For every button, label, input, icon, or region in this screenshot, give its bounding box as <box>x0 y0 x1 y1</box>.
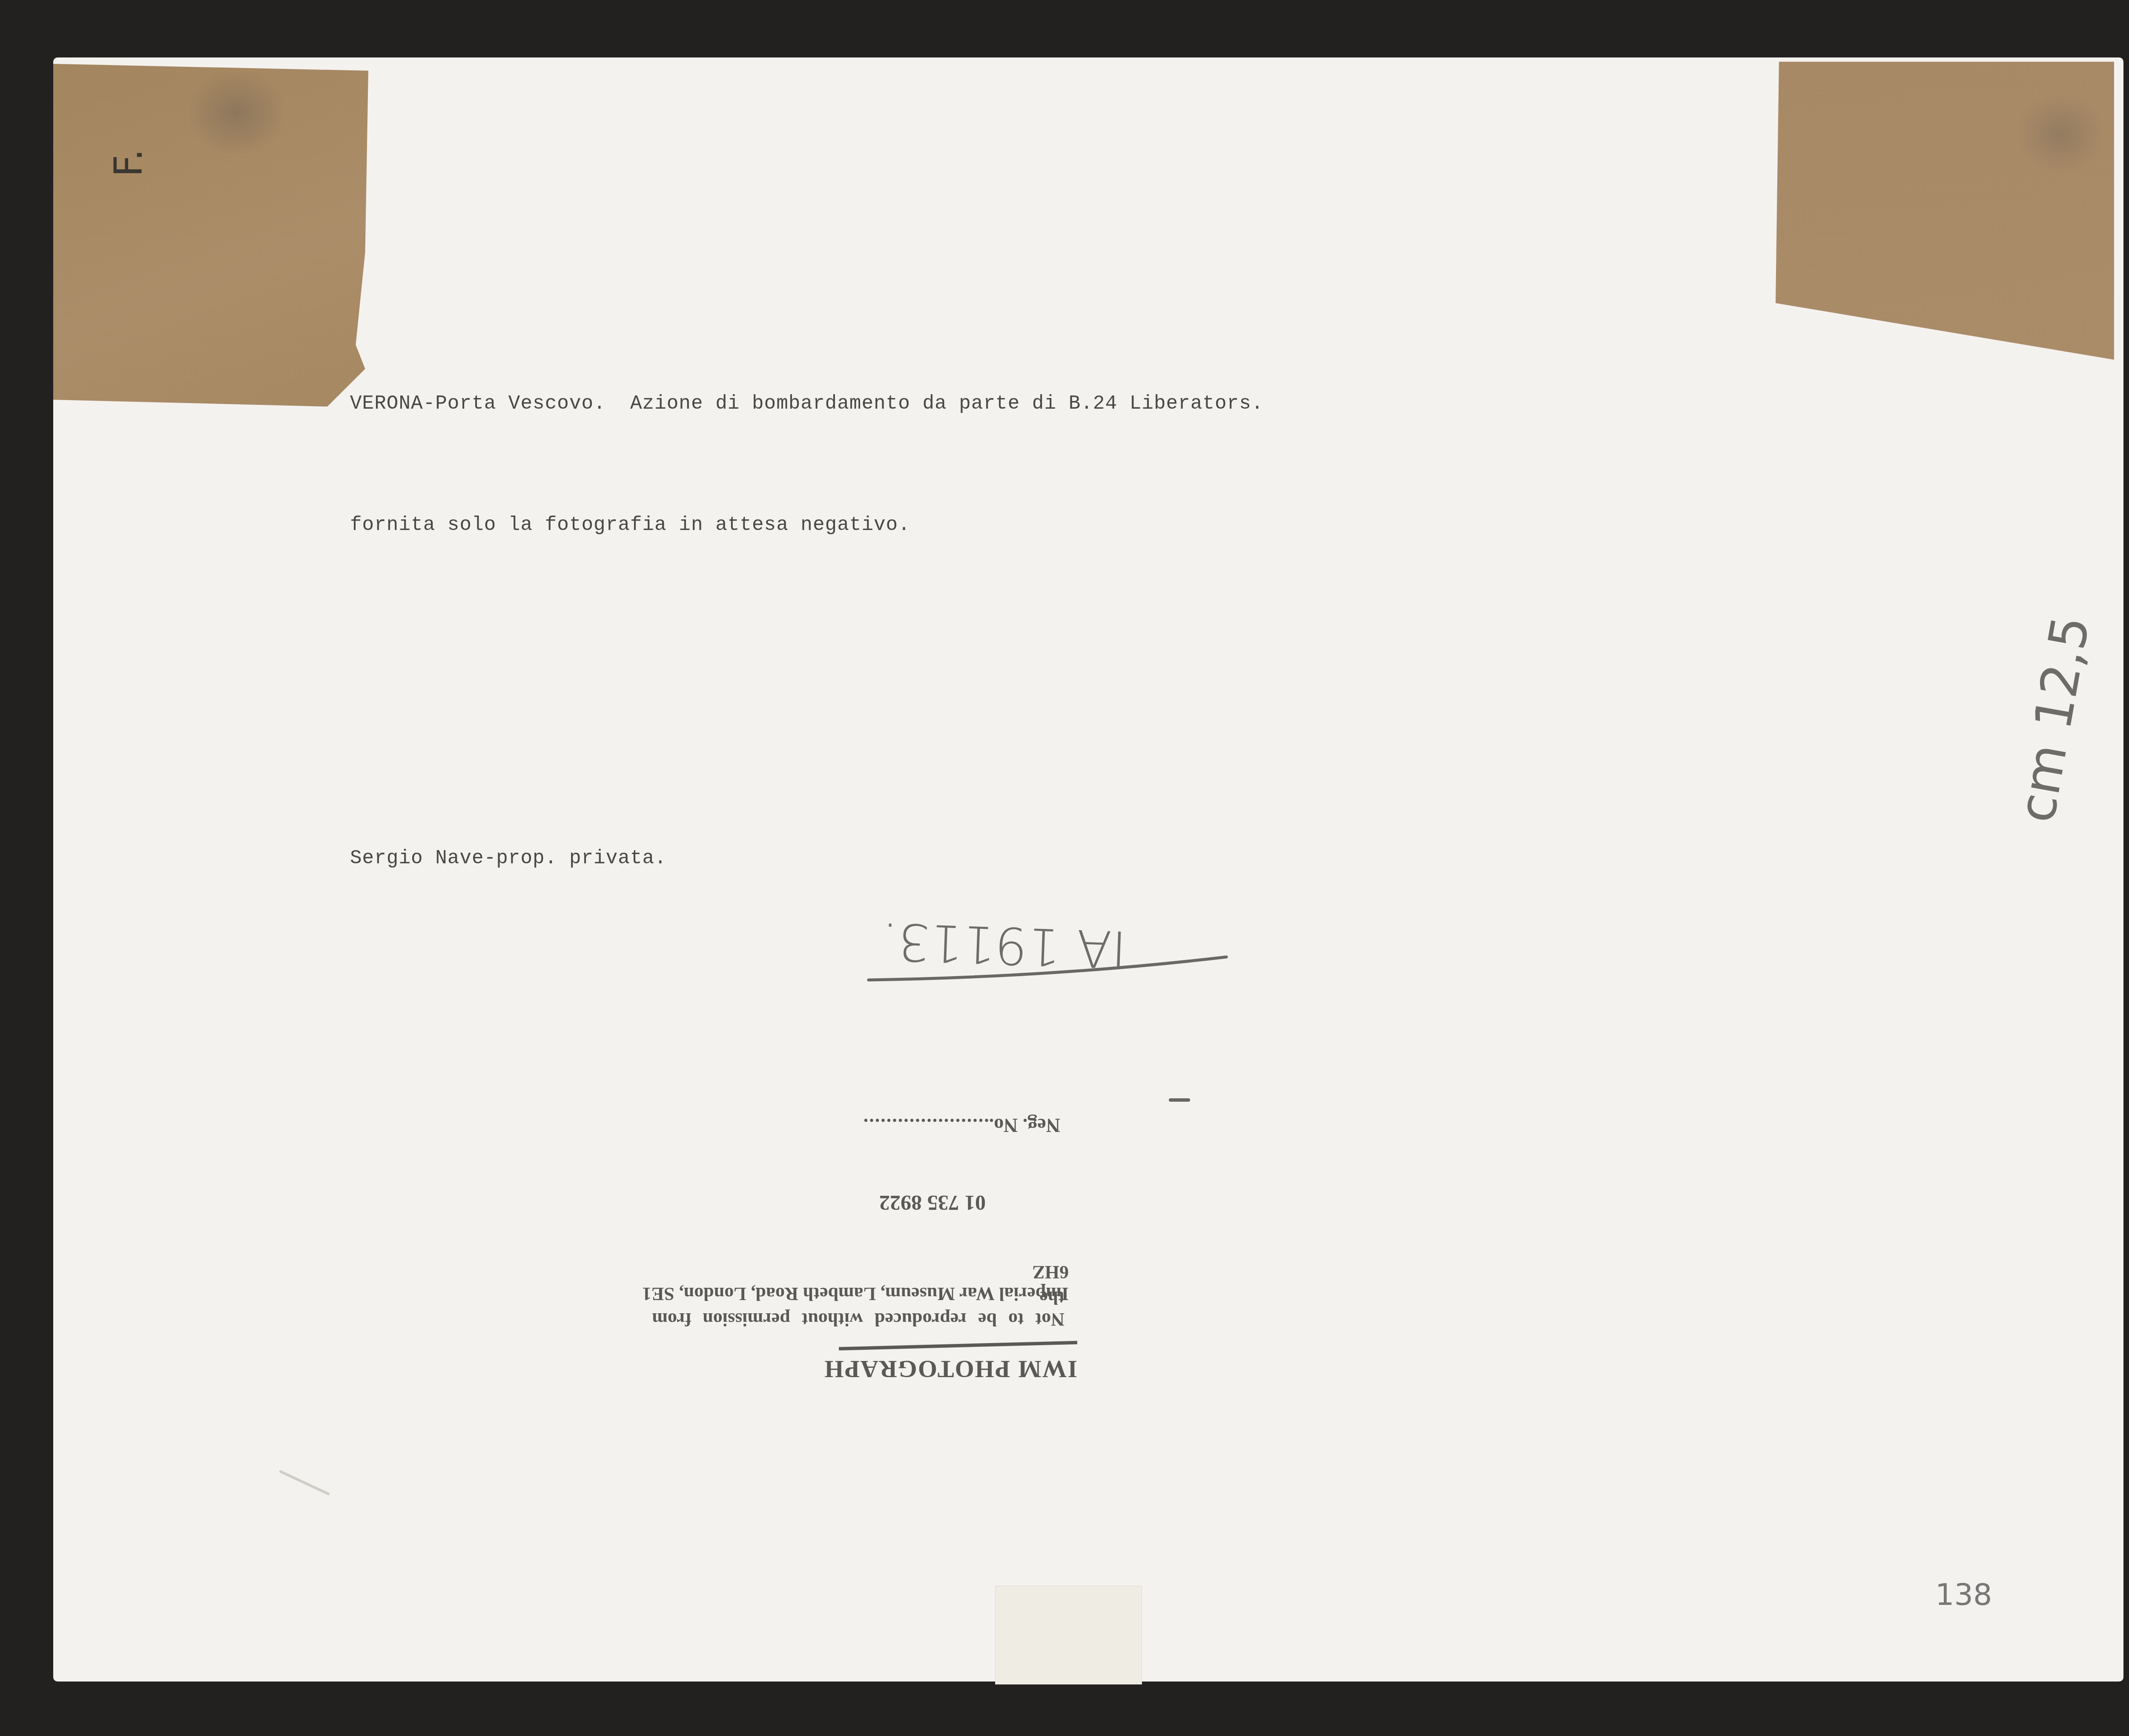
tape-stain <box>189 72 283 153</box>
stamp-phone: 01 735 8922 <box>879 1191 986 1215</box>
stamp-neg-no: Neg. No....................... <box>863 1114 1060 1137</box>
tape-handwritten-mark: F. <box>106 149 151 177</box>
handwritten-page-number: 138 <box>1935 1577 1992 1612</box>
ink-speck <box>1169 1098 1190 1102</box>
masking-tape-top-left <box>53 64 368 407</box>
iwm-stamp: IWM PHOTOGRAPH Not to be reproduced with… <box>626 1103 1265 1401</box>
caption-line-note: fornita solo la fotografia in attesa neg… <box>350 514 910 536</box>
tape-stain <box>2018 96 2103 172</box>
stamp-neg-dots: ...................... <box>863 1114 989 1136</box>
stamp-underline <box>839 1341 1077 1351</box>
stamp-neg-label: Neg. No. <box>989 1114 1060 1136</box>
stamp-title: IWM PHOTOGRAPH <box>823 1355 1077 1384</box>
handwritten-underline <box>864 954 1231 983</box>
stamp-address-line: Imperial War Museum, Lambeth Road, Londo… <box>626 1261 1069 1305</box>
paper-label-patch <box>995 1586 1142 1684</box>
caption-line-title: VERONA-Porta Vescovo. Azione di bombarda… <box>350 392 1263 415</box>
caption-line-credit: Sergio Nave-prop. privata. <box>350 847 667 869</box>
